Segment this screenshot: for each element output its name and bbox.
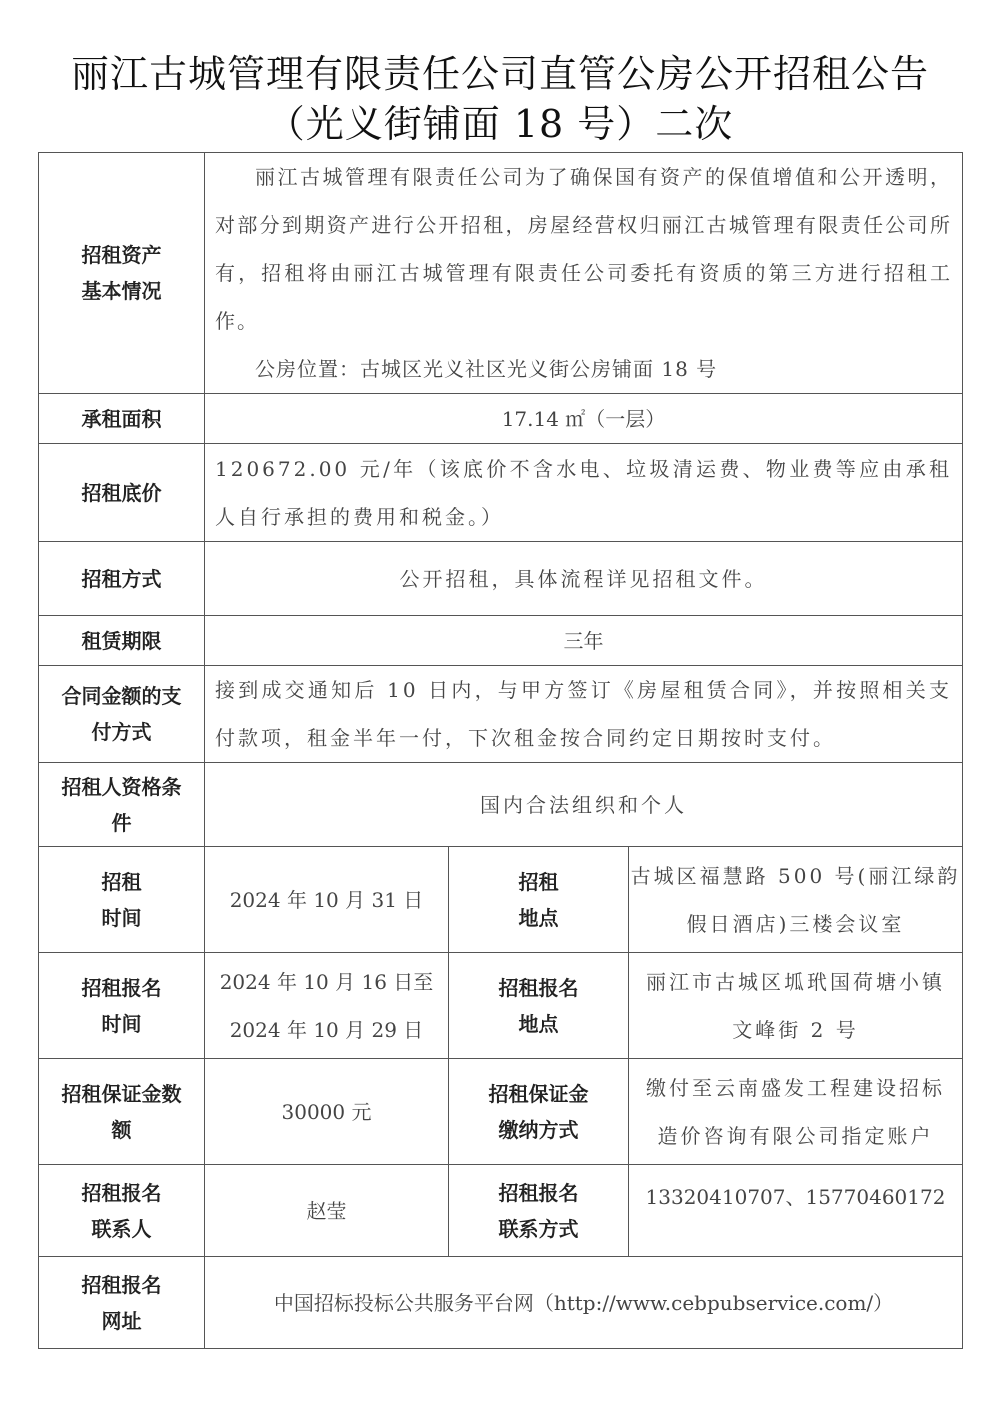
value-registration-place: 丽江市古城区坬玳国荷塘小镇 文峰街 2 号 — [629, 953, 963, 1059]
value-contact-person: 赵莹 — [205, 1165, 449, 1257]
document-title-line-2: （光义街铺面 18 号）二次 — [0, 98, 1000, 150]
row-contact: 招租报名 联系人 赵莹 招租报名 联系方式 13320410707、157704… — [39, 1165, 963, 1257]
label-registration-place: 招租报名 地点 — [449, 953, 629, 1059]
row-time-place: 招租 时间 2024 年 10 月 31 日 招租 地点 古城区福慧路 500 … — [39, 847, 963, 953]
row-website: 招租报名 网址 中国招标投标公共服务平台网（http://www.cebpubs… — [39, 1257, 963, 1349]
label-line: 招租报名 — [449, 1175, 628, 1211]
label-line: 地点 — [449, 900, 628, 936]
label-line: 招租人资格条 — [39, 769, 204, 805]
label-line: 招租 — [449, 864, 628, 900]
value-line: 2024 年 10 月 16 日至 — [205, 958, 448, 1006]
basic-info-paragraph: 丽江古城管理有限责任公司为了确保国有资产的保值增值和公开透明，对部分到期资产进行… — [215, 153, 952, 345]
row-term: 租赁期限 三年 — [39, 616, 963, 666]
property-location: 公房位置：古城区光义社区光义街公房铺面 18 号 — [215, 345, 952, 393]
value-term: 三年 — [205, 616, 963, 666]
value-line: 假日酒店)三楼会议室 — [629, 900, 962, 948]
label-line: 招租报名 — [449, 970, 628, 1006]
row-area: 承租面积 17.14 ㎡（一层） — [39, 394, 963, 444]
value-line: 古城区福慧路 500 号(丽江绿韵 — [629, 852, 962, 900]
value-tender-time: 2024 年 10 月 31 日 — [205, 847, 449, 953]
tender-info-table: 招租资产 基本情况 丽江古城管理有限责任公司为了确保国有资产的保值增值和公开透明… — [38, 152, 963, 1349]
label-line: 付方式 — [39, 714, 204, 750]
value-registration-time: 2024 年 10 月 16 日至 2024 年 10 月 29 日 — [205, 953, 449, 1059]
value-base-price: 120672.00 元/年（该底价不含水电、垃圾清运费、物业费等应由承租人自行承… — [205, 444, 963, 542]
label-contact-phone: 招租报名 联系方式 — [449, 1165, 629, 1257]
value-contact-phone: 13320410707、15770460172 — [629, 1165, 963, 1257]
row-payment: 合同金额的支 付方式 接到成交通知后 10 日内，与甲方签订《房屋租赁合同》，并… — [39, 666, 963, 763]
label-line: 合同金额的支 — [39, 678, 204, 714]
value-payment: 接到成交通知后 10 日内，与甲方签订《房屋租赁合同》，并按照相关支付款项，租金… — [205, 666, 963, 763]
label-line: 联系方式 — [449, 1211, 628, 1247]
label-website: 招租报名 网址 — [39, 1257, 205, 1349]
value-area: 17.14 ㎡（一层） — [205, 394, 963, 444]
label-qualification: 招租人资格条 件 — [39, 763, 205, 847]
label-area: 承租面积 — [39, 394, 205, 444]
label-tender-time: 招租 时间 — [39, 847, 205, 953]
value-qualification: 国内合法组织和个人 — [205, 763, 963, 847]
document-title-line-1: 丽江古城管理有限责任公司直管公房公开招租公告 — [0, 48, 1000, 100]
label-line: 地点 — [449, 1006, 628, 1042]
value-method: 公开招租，具体流程详见招租文件。 — [205, 542, 963, 616]
label-line: 招租保证金数 — [39, 1076, 204, 1112]
label-deposit-amount: 招租保证金数 额 — [39, 1059, 205, 1165]
value-deposit-method: 缴付至云南盛发工程建设招标 造价咨询有限公司指定账户 — [629, 1059, 963, 1165]
value-line: 丽江市古城区坬玳国荷塘小镇 — [629, 958, 962, 1006]
label-line: 招租报名 — [39, 1267, 204, 1303]
value-website[interactable]: 中国招标投标公共服务平台网（http://www.cebpubservice.c… — [205, 1257, 963, 1349]
value-basic-info: 丽江古城管理有限责任公司为了确保国有资产的保值增值和公开透明，对部分到期资产进行… — [205, 153, 963, 394]
label-deposit-method: 招租保证金 缴纳方式 — [449, 1059, 629, 1165]
label-line: 联系人 — [39, 1211, 204, 1247]
label-line: 招租 — [39, 864, 204, 900]
label-line: 时间 — [39, 1006, 204, 1042]
label-line: 网址 — [39, 1303, 204, 1339]
row-basic-info: 招租资产 基本情况 丽江古城管理有限责任公司为了确保国有资产的保值增值和公开透明… — [39, 153, 963, 394]
label-basic-info: 招租资产 基本情况 — [39, 153, 205, 394]
label-tender-place: 招租 地点 — [449, 847, 629, 953]
label-payment: 合同金额的支 付方式 — [39, 666, 205, 763]
value-line: 文峰街 2 号 — [629, 1006, 962, 1054]
label-registration-time: 招租报名 时间 — [39, 953, 205, 1059]
label-base-price: 招租底价 — [39, 444, 205, 542]
row-registration: 招租报名 时间 2024 年 10 月 16 日至 2024 年 10 月 29… — [39, 953, 963, 1059]
label-line: 时间 — [39, 900, 204, 936]
label-term: 租赁期限 — [39, 616, 205, 666]
value-line: 造价咨询有限公司指定账户 — [629, 1112, 962, 1160]
value-tender-place: 古城区福慧路 500 号(丽江绿韵 假日酒店)三楼会议室 — [629, 847, 963, 953]
label-line: 招租保证金 — [449, 1076, 628, 1112]
row-qualification: 招租人资格条 件 国内合法组织和个人 — [39, 763, 963, 847]
value-line: 2024 年 10 月 29 日 — [205, 1006, 448, 1054]
label-line: 招租报名 — [39, 1175, 204, 1211]
value-line: 缴付至云南盛发工程建设招标 — [629, 1064, 962, 1112]
row-deposit: 招租保证金数 额 30000 元 招租保证金 缴纳方式 缴付至云南盛发工程建设招… — [39, 1059, 963, 1165]
label-line: 招租报名 — [39, 970, 204, 1006]
label-line: 基本情况 — [39, 273, 204, 309]
row-method: 招租方式 公开招租，具体流程详见招租文件。 — [39, 542, 963, 616]
label-method: 招租方式 — [39, 542, 205, 616]
label-line: 额 — [39, 1112, 204, 1148]
label-contact-person: 招租报名 联系人 — [39, 1165, 205, 1257]
label-line: 缴纳方式 — [449, 1112, 628, 1148]
label-line: 招租资产 — [39, 237, 204, 273]
label-line: 件 — [39, 805, 204, 841]
row-base-price: 招租底价 120672.00 元/年（该底价不含水电、垃圾清运费、物业费等应由承… — [39, 444, 963, 542]
value-deposit-amount: 30000 元 — [205, 1059, 449, 1165]
